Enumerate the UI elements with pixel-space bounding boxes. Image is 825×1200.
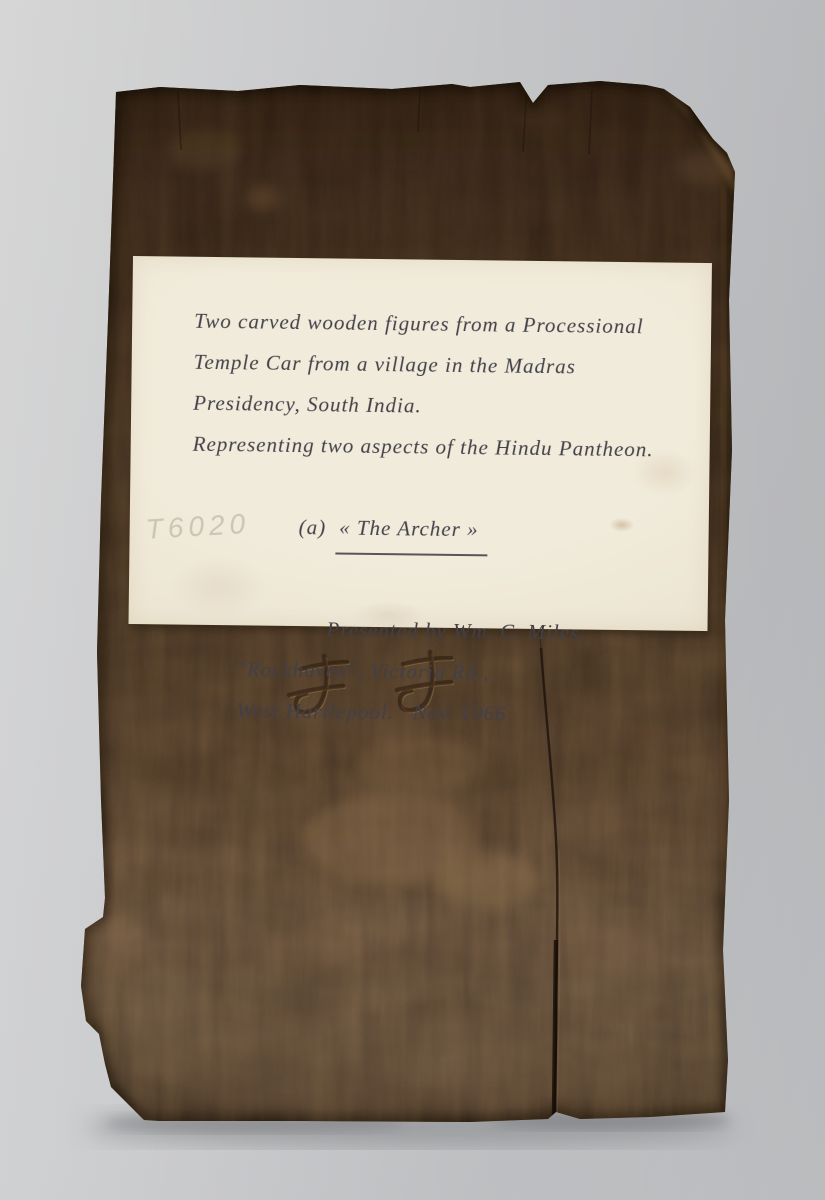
card-item-label: (a) xyxy=(299,515,327,539)
pencil-accession-number: T6020 xyxy=(145,508,251,546)
photo-scene: T6020 Two carved wooden figures from a P… xyxy=(0,0,825,1200)
card-line-4: Representing two aspects of the Hindu Pa… xyxy=(192,424,653,471)
card-line-presented: Presented by Wm. C. Miles, xyxy=(326,609,651,654)
card-item-line: (a)« The Archer » xyxy=(248,465,653,599)
card-line-2: Temple Car from a village in the Madras xyxy=(193,342,654,389)
card-handwriting: Two carved wooden figures from a Process… xyxy=(189,257,656,737)
card-line-1: Two carved wooden figures from a Process… xyxy=(194,301,655,348)
card-item-title: « The Archer » xyxy=(335,507,488,556)
card-line-3: Presidency, South India. xyxy=(193,383,654,430)
label-card: T6020 Two carved wooden figures from a P… xyxy=(129,256,712,631)
card-line-town-date: West Hartlepool. Nov. 1966 xyxy=(236,690,650,736)
card-line-address: "Rockhaven", Victoria Rd., xyxy=(237,649,651,695)
